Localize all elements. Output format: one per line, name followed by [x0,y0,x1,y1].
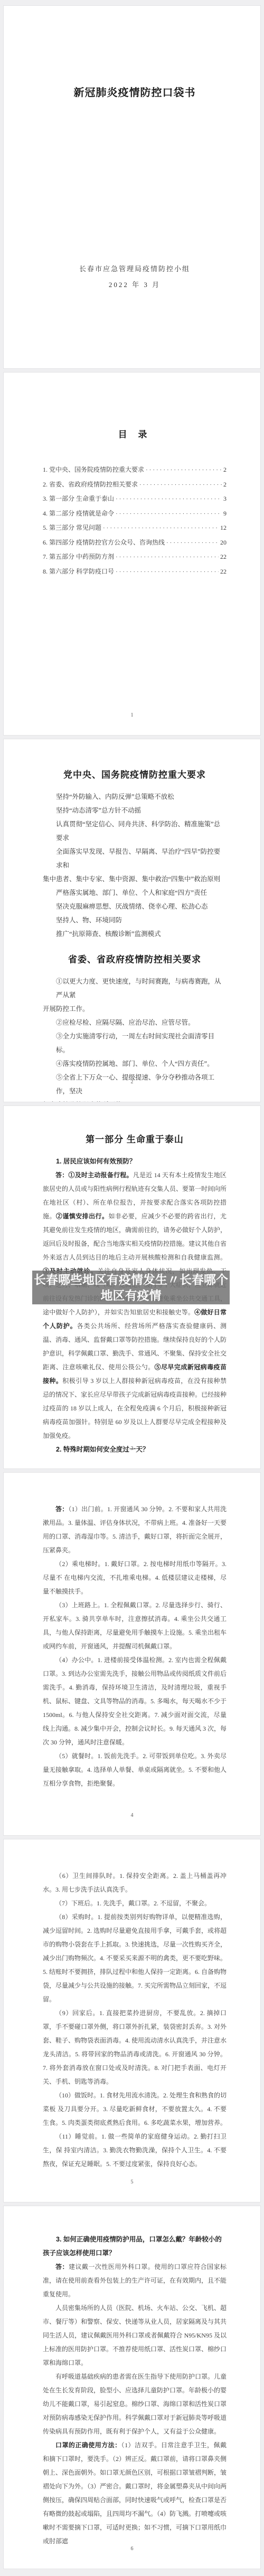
toc-dot-leader: ········································… [139,478,222,492]
toc-item: 5. 第三部分 常见问题····························… [43,521,227,536]
bold-lead: 口罩的正确使用方法： [55,2441,121,2449]
toc-item: 7. 第五部分 中药预防方剂··························… [43,550,227,565]
toc-dot-leader: ········································… [116,507,222,521]
toc-heading: 目 录 [43,428,227,442]
body-text: （3）上班路上。1. 全程佩戴口罩。2. 尽量选择步行、骑行、开私家车。3. 骑… [43,1601,227,1650]
toc-dot-leader: ········································… [116,550,219,565]
page-number: 5 [4,2179,260,2185]
toc-item: 4. 第二部分 疫情就是命令··························… [43,507,227,521]
slogan-line: ①以更大力度、更快速度，与时间赛跑，与病毒赛跑，从严从紧 [43,975,227,1002]
body-text: （5）就餐时。1. 饭前先洗手。2. 可带饭到单位吃。3. 外卖尽量无接触拿取。… [43,1752,227,1787]
slogan-line: ④落实疫情防控属地、部门、单位、个人“四方责任”。 [43,1057,227,1071]
requirements-page: 党中央、国务院疫情防控重大要求坚持“外防输入、内防反弹”总策略不放松坚持“动态清… [3,739,261,1102]
page-number: 6 [4,2546,260,2552]
bold-lead: ②谨慎安排出行。 [56,1213,109,1220]
toc-item: 3. 第一部分 生命重于泰山··························… [43,492,227,507]
watermark-overlay: 长春哪些地区有疫情发生〃长春哪个地区有疫情 [32,1271,230,1304]
body-paragraph: 人员密集场所的人员（医院、机场、火车站、公交、飞机、超市、餐厅等）和警察、保安、… [43,2301,227,2370]
toc-page-number: 2 [223,463,227,477]
body-text: （11）睡觉前。1. 做一些简单的家庭健身运动。2. 勤打扫卫生，保 持室内清洁… [43,2133,227,2168]
body-paragraph: （9）回家后。1. 直接把菜拎进厨房，不要乱放。2. 摘掉口罩，手不要碰口罩外侧… [43,2006,227,2088]
slogan-line: 认真贯彻“坚定信心、同舟共济、科学防治、精准施策”总要求 [43,817,227,845]
bold-lead: 答：①及时主动报备行程。 [55,1171,133,1179]
slogan-line: 坚持“动态清零”总方针不动摇 [43,804,227,817]
toc-item-label: 5. 第三部分 常见问题 [43,521,101,535]
slogan-line: 坚持人、物、环境同防 [43,913,227,927]
question-heading: 3. 如何正确使用疫情防护用品，口罩怎么戴？年龄较小的孩子应该怎样使用口罩？ [43,2232,227,2260]
body-text: （7）下班后。1. 先洗手，戴口罩。2. 不逗留，不聚会。 [55,1900,211,1907]
mask-guide-page: 3. 如何正确使用疫情防护用品，口罩怎么戴？年龄较小的孩子应该怎样使用口罩？答：… [3,2206,261,2569]
toc-item-label: 1. 党中央、国务院疫情防控重大要求 [43,463,144,477]
toc-item: 6. 第四部分 疫情防控官方公众号、咨询热线··················… [43,536,227,550]
body-paragraph: （11）睡觉前。1. 做一些简单的家庭健身运动。2. 勤打扫卫生，保 持室内清洁… [43,2130,227,2171]
toc-item-label: 3. 第一部分 生命重于泰山 [43,492,114,506]
bold-lead: 答： [55,1505,68,1513]
body-text: （9）回家后。1. 直接把菜拎进厨房，不要乱放。2. 摘掉口罩，手不要碰口罩外侧… [43,2009,227,2085]
body-text: （10）做饭时。1. 食材先用流水清洗。2. 处理生食和熟食的切菜板 及刀具要分… [43,2092,227,2126]
slogan-line: 推广“抗原筛查、核酸诊断”监测模式 [43,927,227,941]
toc-dot-leader: ········································… [166,536,219,550]
slogan-line: 打赢疫情防控阻击战歼灭战。 [43,1098,227,1102]
body-text: 积极引导 3 岁以上人群接种新冠病毒疫苗，在没有接种禁忌的情况下、家长应尽早带孩… [43,1377,227,1439]
body-paragraph: （7）下班后。1. 先洗手，戴口罩。2. 不逗留，不聚会。 [43,1896,227,1910]
body-paragraph: 答：（1）出门前。1. 开窗通风 30 分钟。2. 不要和家人共用洗漱用品。3.… [43,1502,227,1557]
body-text: （4）办公中。1. 进楼前接受体温检测。2. 室内也需全程佩戴口罩。3. 到达办… [43,1656,227,1746]
body-paragraph: （4）办公中。1. 进楼前接受体温检测。2. 室内也需全程佩戴口罩。3. 到达办… [43,1653,227,1749]
slogan-line: ②应检尽检、应隔尽隔、应治尽治、应管尽管。 [43,1016,227,1029]
toc-page-number: 2 [223,478,227,492]
toc-item: 2. 省委、省政府疫情防控相关要求·······················… [43,478,227,492]
slogan-line: 严格落实属地、部门、单位、个人和家庭“四方”责任 [43,886,227,900]
toc-item-label: 7. 第五部分 中药预防方剂 [43,550,114,564]
part1-page: 第一部分 生命重于泰山1. 居民应该如何有效预防？答：①及时主动报备行程。凡是近… [3,1105,261,1469]
toc-item-label: 2. 省委、省政府疫情防控相关要求 [43,478,138,492]
slogan-line: 坚持“外防输入、内防反弹”总策略不放松 [43,790,227,804]
body-paragraph: （3）上班路上。1. 全程佩戴口罩。2. 尽量选择步行、骑行、开私家车。3. 骑… [43,1598,227,1653]
cover-page: 新冠肺炎疫情防控口袋书长春市应急管理局疫情防控小组2022 年 3 月 [3,5,261,369]
bold-lead: 答： [55,2263,69,2270]
body-paragraph: 答：①及时主动报备行程。凡是近 14 天有本土疫情发生地区旅居史的人员或与阳性病… [43,1168,227,1443]
page-number: 2 [4,1079,260,1085]
toc-item: 8. 第六部分 科学防疫口号··························… [43,565,227,579]
toc-dot-leader: ········································… [116,492,222,507]
toc-page-number: 22 [220,565,227,579]
body-text: （1）洁双手。日常注意手卫生，佩戴和摘下口罩时，要洗手。（2）辨正反。戴口罩前，… [43,2441,227,2545]
slogan-line: 开展防控工作。 [43,1002,227,1016]
document-title: 新冠肺炎疫情防控口袋书 [43,85,227,101]
toc-page-number: 3 [223,492,227,506]
body-text: （1）出门前。1. 开窗通风 30 分钟。2. 不要和家人共用洗漱用品。3. 量… [43,1505,227,1554]
toc-item-label: 8. 第六部分 科学防疫口号 [43,565,114,579]
toc-item-label: 4. 第二部分 疫情就是命令 [43,507,114,521]
document-viewer: 新冠肺炎疫情防控口袋书长春市应急管理局疫情防控小组2022 年 3 月目 录1.… [0,0,264,2573]
section-heading: 第一部分 生命重于泰山 [43,1133,227,1146]
page-number: 1 [4,712,260,718]
slogan-line: 集中患者、集中专家、集中资源、集中救治“四集中”救治原则 [43,872,227,886]
body-paragraph: 口罩的正确使用方法：（1）洁双手。日常注意手卫生，佩戴和摘下口罩时，要洗手。（2… [43,2438,227,2548]
body-paragraph: （8）采购时。1. 提前按类别列好购物详单，以便精准选购，减少逗留时间。2. 选… [43,1910,227,2006]
section-heading: 党中央、国务院疫情防控重大要求 [43,769,227,781]
page-number: 4 [4,1812,260,1818]
body-paragraph: （6）卫生间排队时。1. 保持安全距离。2. 盖上马桶盖再冲水。3. 用七步洗手… [43,1869,227,1896]
body-paragraph: 答：建议戴一次性医用外科口罩。使用的口罩应符合国家标准，请在使用前查看外包装上的… [43,2260,227,2301]
body-text: （8）采购时。1. 提前按类别列好购物详单，以便精准选购，减少逗留时间。2. 选… [43,1913,227,2003]
publisher-line: 长春市应急管理局疫情防控小组 [43,263,227,275]
section-heading: 省委、省政府疫情防控相关要求 [43,953,227,966]
toc-item-label: 6. 第四部分 疫情防控官方公众号、咨询热线 [43,536,165,550]
page-number: 3 [4,1446,260,1452]
toc-page: 目 录1. 党中央、国务院疫情防控重大要求···················… [3,372,261,736]
body-text: （2）乘电梯时。1. 戴好口罩。2. 按电梯时用纸巾等隔开。3. 尽量不 在电梯… [43,1560,227,1595]
body-text: 建议戴一次性医用外科口罩。使用的口罩应符合国家标准，请在使用前查看外包装上的生产… [43,2263,227,2298]
toc-item: 1. 党中央、国务院疫情防控重大要求······················… [43,463,227,478]
toc-dot-leader: ········································… [116,565,219,579]
body-paragraph: （5）就餐时。1. 饭前先洗手。2. 可带饭到单位吃。3. 外卖尽量无接触拿取。… [43,1749,227,1790]
slogan-line: 全面落实早发现、早报告、早隔离、早治疗“四早”防控要求和 [43,845,227,872]
question-heading: 1. 居民应该如何有效预防？ [43,1155,227,1168]
toc-page-number: 12 [220,521,227,535]
body-text: （6）卫生间排队时。1. 保持安全距离。2. 盖上马桶盖再冲水。3. 用七步洗手… [43,1872,227,1893]
day-guide-page-1: 答：（1）出门前。1. 开窗通风 30 分钟。2. 不要和家人共用洗漱用品。3.… [3,1472,261,1836]
watermark-text: 长春哪些地区有疫情发生〃长春哪个地区有疫情 [32,1272,230,1303]
toc-dot-leader: ········································… [103,521,219,536]
body-paragraph: （2）乘电梯时。1. 戴好口罩。2. 按电梯时用纸巾等隔开。3. 尽量不 在电梯… [43,1557,227,1598]
publish-date: 2022 年 3 月 [43,279,227,291]
body-paragraph: （10）做饭时。1. 食材先用流水清洗。2. 处理生食和熟食的切菜板 及刀具要分… [43,2088,227,2130]
day-guide-page-2: （6）卫生间排队时。1. 保持安全距离。2. 盖上马桶盖再冲水。3. 用七步洗手… [3,1839,261,2202]
toc-page-number: 20 [220,536,227,550]
toc-dot-leader: ········································… [146,463,222,478]
slogan-line: 坚决克服麻痹思想、厌战情绪、侥幸心理、松劲心态 [43,900,227,913]
body-text: 有呼吸道基础疾病的患者需在医生指导下使用防护口罩。儿童处在生长发育阶段，脸型小、… [43,2373,227,2435]
toc-page-number: 22 [220,550,227,564]
body-paragraph: 有呼吸道基础疾病的患者需在医生指导下使用防护口罩。儿童处在生长发育阶段，脸型小、… [43,2370,227,2438]
body-text: 人员密集场所的人员（医院、机场、火车站、公交、飞机、超市、餐厅等）和警察、保安、… [43,2304,227,2367]
slogan-line: ③全力实施清零行动，一周左右时间实现社会面清零目标。 [43,1029,227,1057]
toc-page-number: 9 [223,507,227,521]
